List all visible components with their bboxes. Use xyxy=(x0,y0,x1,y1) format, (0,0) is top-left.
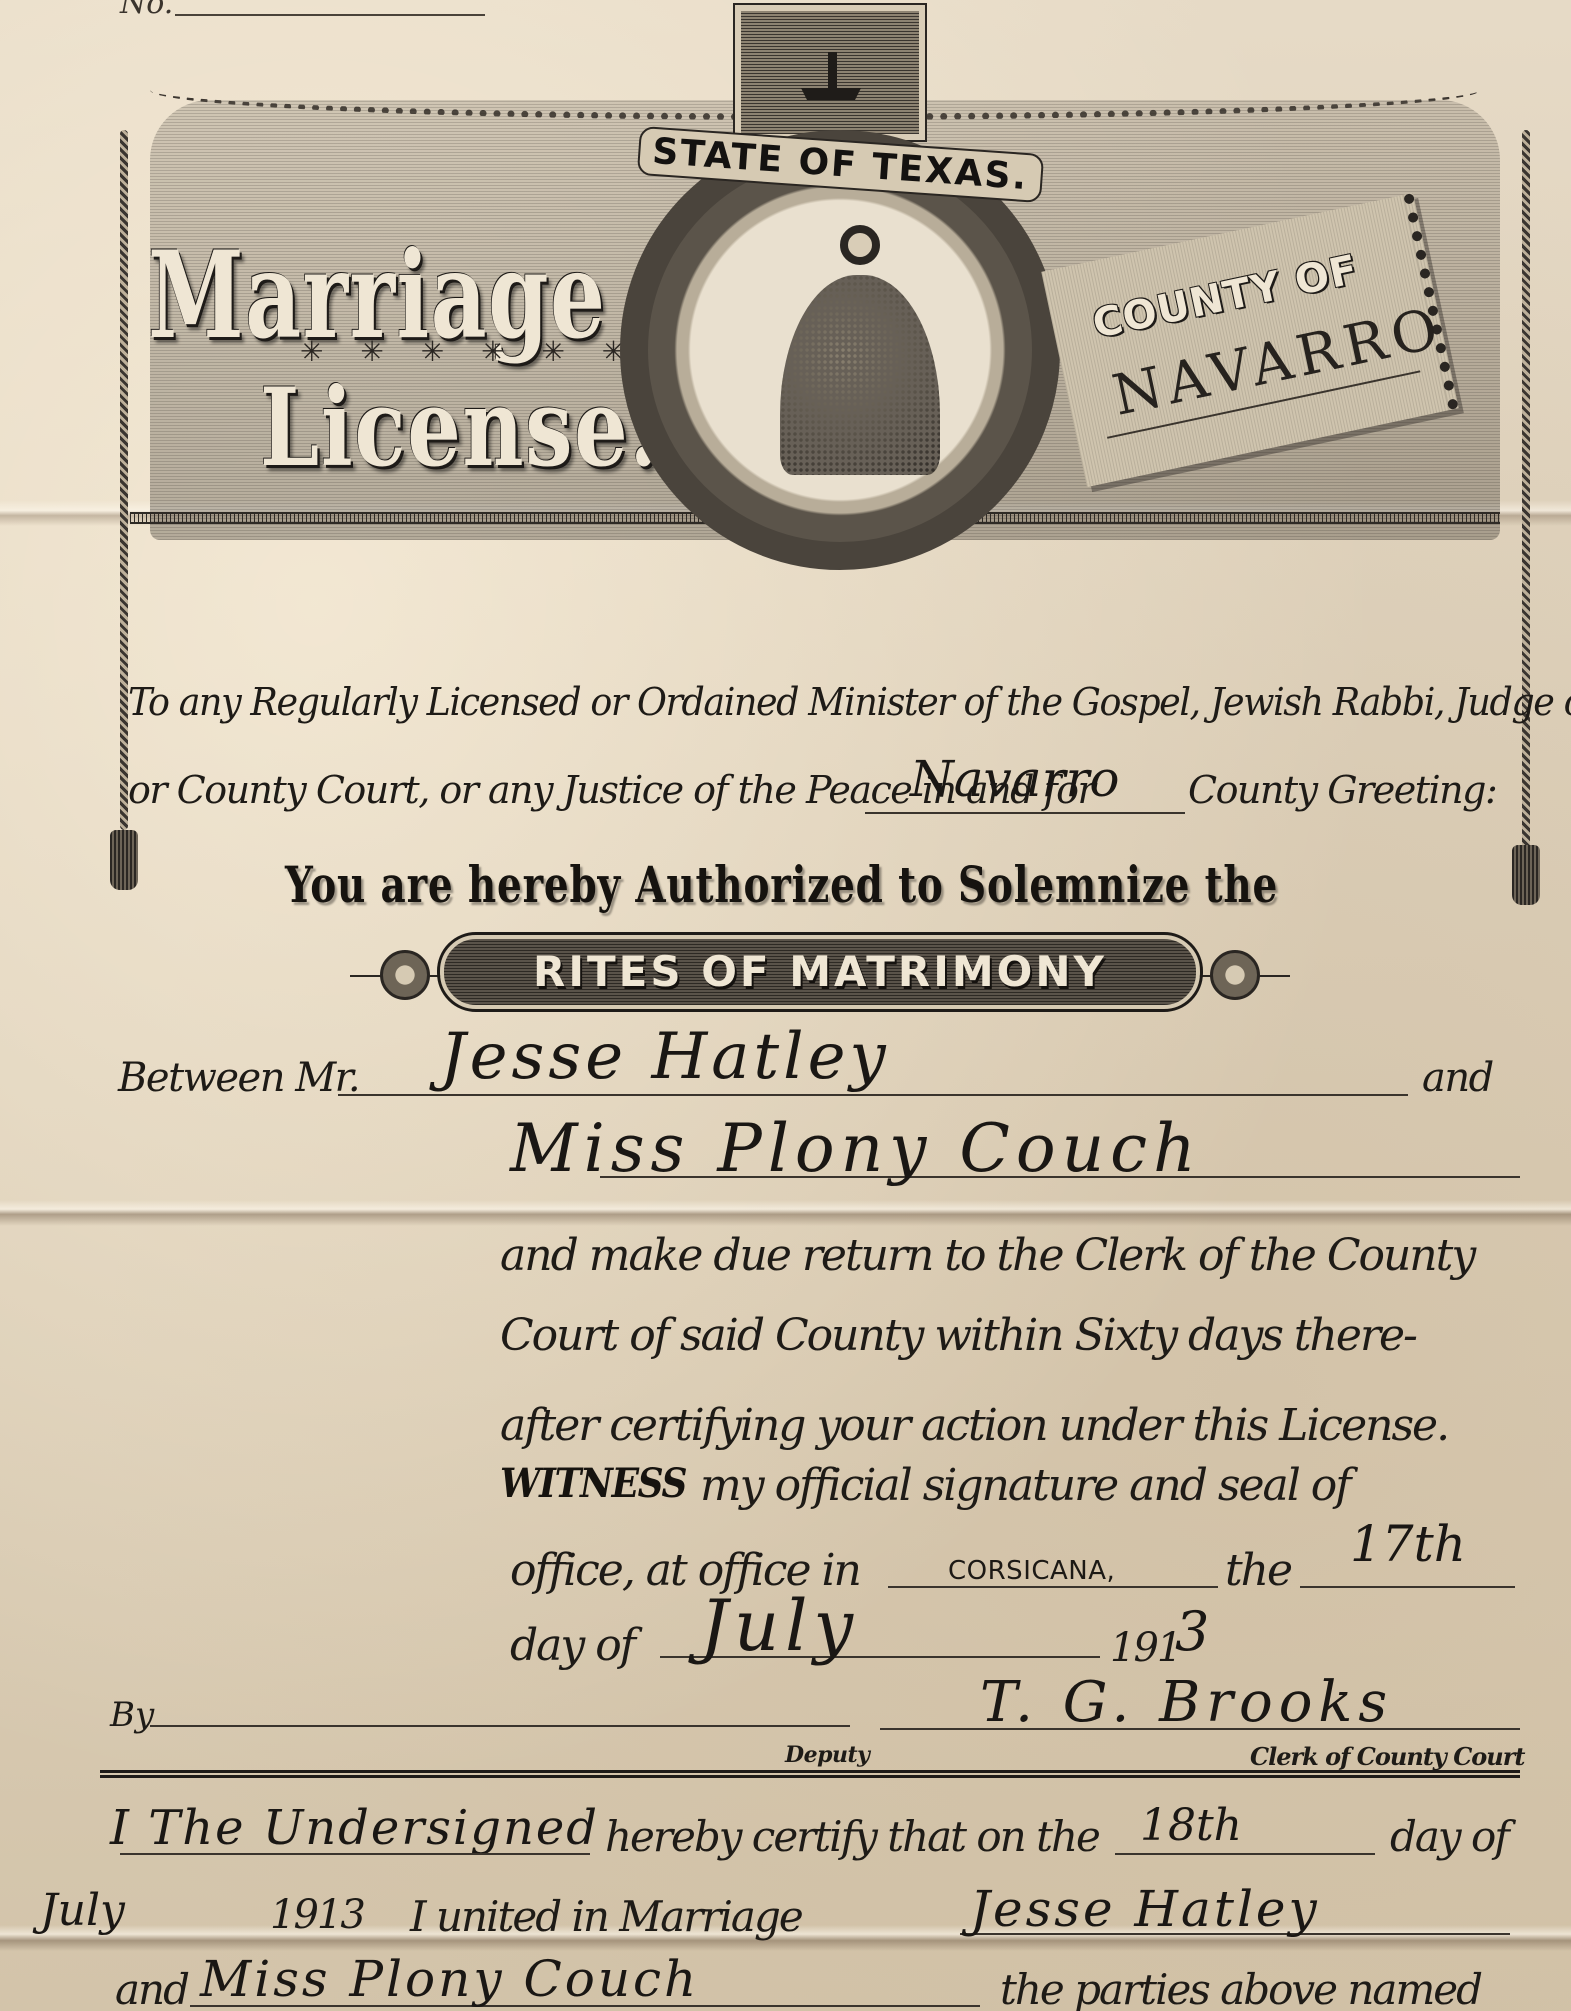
witness-label: WITNESS xyxy=(500,1460,686,1507)
certificate-month-handwritten: July xyxy=(40,1885,125,1936)
state-seal-arc: STATE OF TEXAS. xyxy=(620,140,1060,189)
officiant-blank-line xyxy=(120,1853,590,1855)
certificate-line-2: I united in Marriage xyxy=(410,1892,802,1941)
clerk-signature-handwritten: T. G. Brooks xyxy=(980,1670,1393,1735)
authorization-heading: You are hereby Authorized to Solemnize t… xyxy=(285,855,1278,914)
by-label: By xyxy=(110,1695,154,1735)
county-blank-line xyxy=(865,812,1185,814)
address-line-1: To any Regularly Licensed or Ordained Mi… xyxy=(128,680,1571,724)
between-label: Between Mr. xyxy=(118,1055,359,1101)
certificate-bride-handwritten: Miss Plony Couch xyxy=(200,1950,699,2008)
ship-vignette-icon xyxy=(735,5,925,140)
section-divider xyxy=(100,1770,1520,1778)
tassel-icon xyxy=(110,830,138,890)
groom-name-handwritten: Jesse Hatley xyxy=(440,1020,890,1094)
year-printed: 191 xyxy=(1110,1625,1180,1671)
rosette-icon xyxy=(1210,950,1260,1000)
year-digit-handwritten: 3 xyxy=(1175,1600,1209,1663)
license-number-label: No. xyxy=(120,0,173,21)
certificate-day-of-label: day of xyxy=(1390,1812,1508,1861)
day-blank-line xyxy=(1300,1586,1515,1588)
rosette-icon xyxy=(380,950,430,1000)
clerk-label: Clerk of County Court xyxy=(1250,1742,1525,1771)
deputy-signature-line xyxy=(150,1725,850,1727)
and-label: and xyxy=(1422,1055,1493,1101)
rites-of-matrimony-label: RITES OF MATRIMONY xyxy=(533,947,1107,996)
certificate-day-line xyxy=(1115,1853,1375,1855)
title-license: License. xyxy=(260,365,660,491)
day-handwritten: 17th xyxy=(1350,1515,1466,1573)
bell-body-icon xyxy=(780,275,940,475)
certificate-line-1: hereby certify that on the xyxy=(605,1812,1099,1861)
paper-fold-crease xyxy=(0,1200,1571,1226)
certificate-line-3: the parties above named xyxy=(1000,1965,1481,2011)
deputy-label: Deputy xyxy=(785,1742,869,1768)
bell-icon xyxy=(770,225,950,485)
certificate-day-handwritten: 18th xyxy=(1140,1800,1242,1851)
body-line-4: my official signature and seal of xyxy=(700,1460,1350,1511)
certificate-undersigned-handwritten: I The Undersigned xyxy=(110,1800,599,1856)
rope-cord-icon xyxy=(1522,130,1530,850)
the-label: the xyxy=(1225,1545,1291,1596)
county-handwritten: Navarro xyxy=(910,750,1120,808)
tassel-icon xyxy=(1512,845,1540,905)
groom-blank-line xyxy=(338,1094,1408,1096)
certificate-and-label: and xyxy=(115,1965,188,2011)
address-line-2-end: County Greeting: xyxy=(1188,768,1496,812)
month-handwritten: July xyxy=(700,1585,859,1667)
rites-banner: RITES OF MATRIMONY xyxy=(440,935,1200,1009)
bride-name-handwritten: Miss Plony Couch xyxy=(510,1110,1202,1187)
body-line-3: after certifying your action under this … xyxy=(500,1400,1448,1451)
body-line-2: Court of said County within Sixty days t… xyxy=(500,1310,1416,1361)
certificate-groom-handwritten: Jesse Hatley xyxy=(970,1880,1320,1938)
city-printed: CORSICANA, xyxy=(948,1556,1115,1586)
city-blank-line xyxy=(888,1586,1218,1588)
bell-ring-icon xyxy=(840,225,880,265)
day-of-label: day of xyxy=(510,1620,634,1671)
rope-cord-icon xyxy=(120,130,128,830)
license-number-line xyxy=(175,14,485,16)
ship-icon xyxy=(801,46,861,106)
certificate-year: 1913 xyxy=(270,1892,364,1938)
body-line-1: and make due return to the Clerk of the … xyxy=(500,1230,1474,1281)
